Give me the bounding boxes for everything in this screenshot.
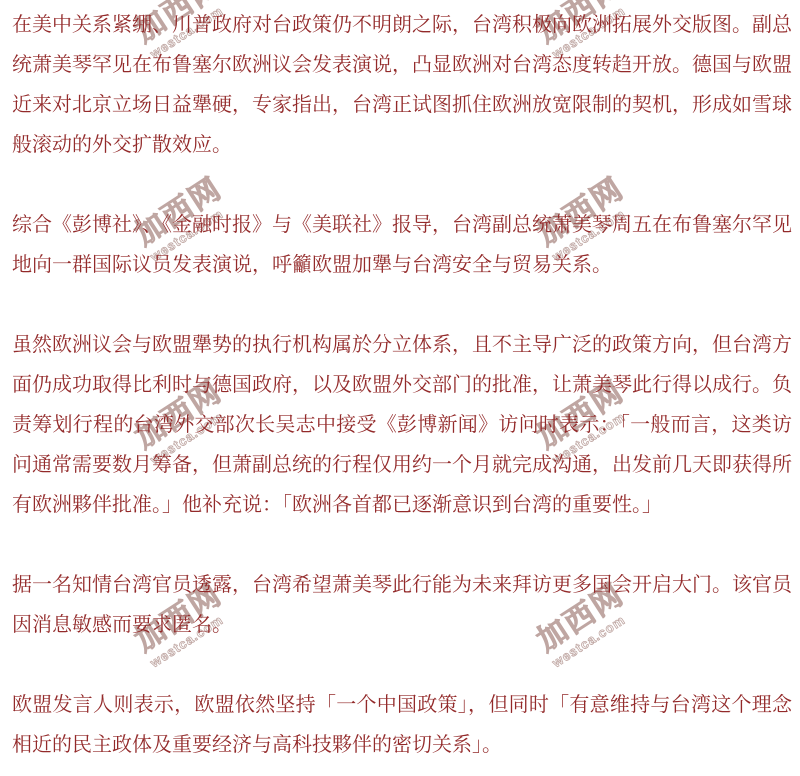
article-page: 加西网westca.com加西网westca.com加西网westca.com加… xyxy=(0,0,800,776)
article-paragraph-5: 欧盟发言人则表示，欧盟依然坚持「一个中国政策」，但同时「有意维持与台湾这个理念相… xyxy=(12,685,792,765)
article-paragraph-4: 据一名知情台湾官员透露，台湾希望萧美琴此行能为未来拜访更多国会开启大门。该官员因… xyxy=(12,565,792,645)
article-paragraph-2: 综合《彭博社》、《金融时报》与《美联社》报导，台湾副总统萧美琴周五在布鲁塞尔罕见… xyxy=(12,205,792,285)
article-body: 在美中关系紧绷、川普政府对台政策仍不明朗之际，台湾积极向欧洲拓展外交版图。副总统… xyxy=(0,0,800,765)
article-paragraph-3: 虽然欧洲议会与欧盟犟势的执行机构属於分立体系，且不主导广泛的政策方向，但台湾方面… xyxy=(12,325,792,525)
article-paragraph-1: 在美中关系紧绷、川普政府对台政策仍不明朗之际，台湾积极向欧洲拓展外交版图。副总统… xyxy=(12,5,792,165)
